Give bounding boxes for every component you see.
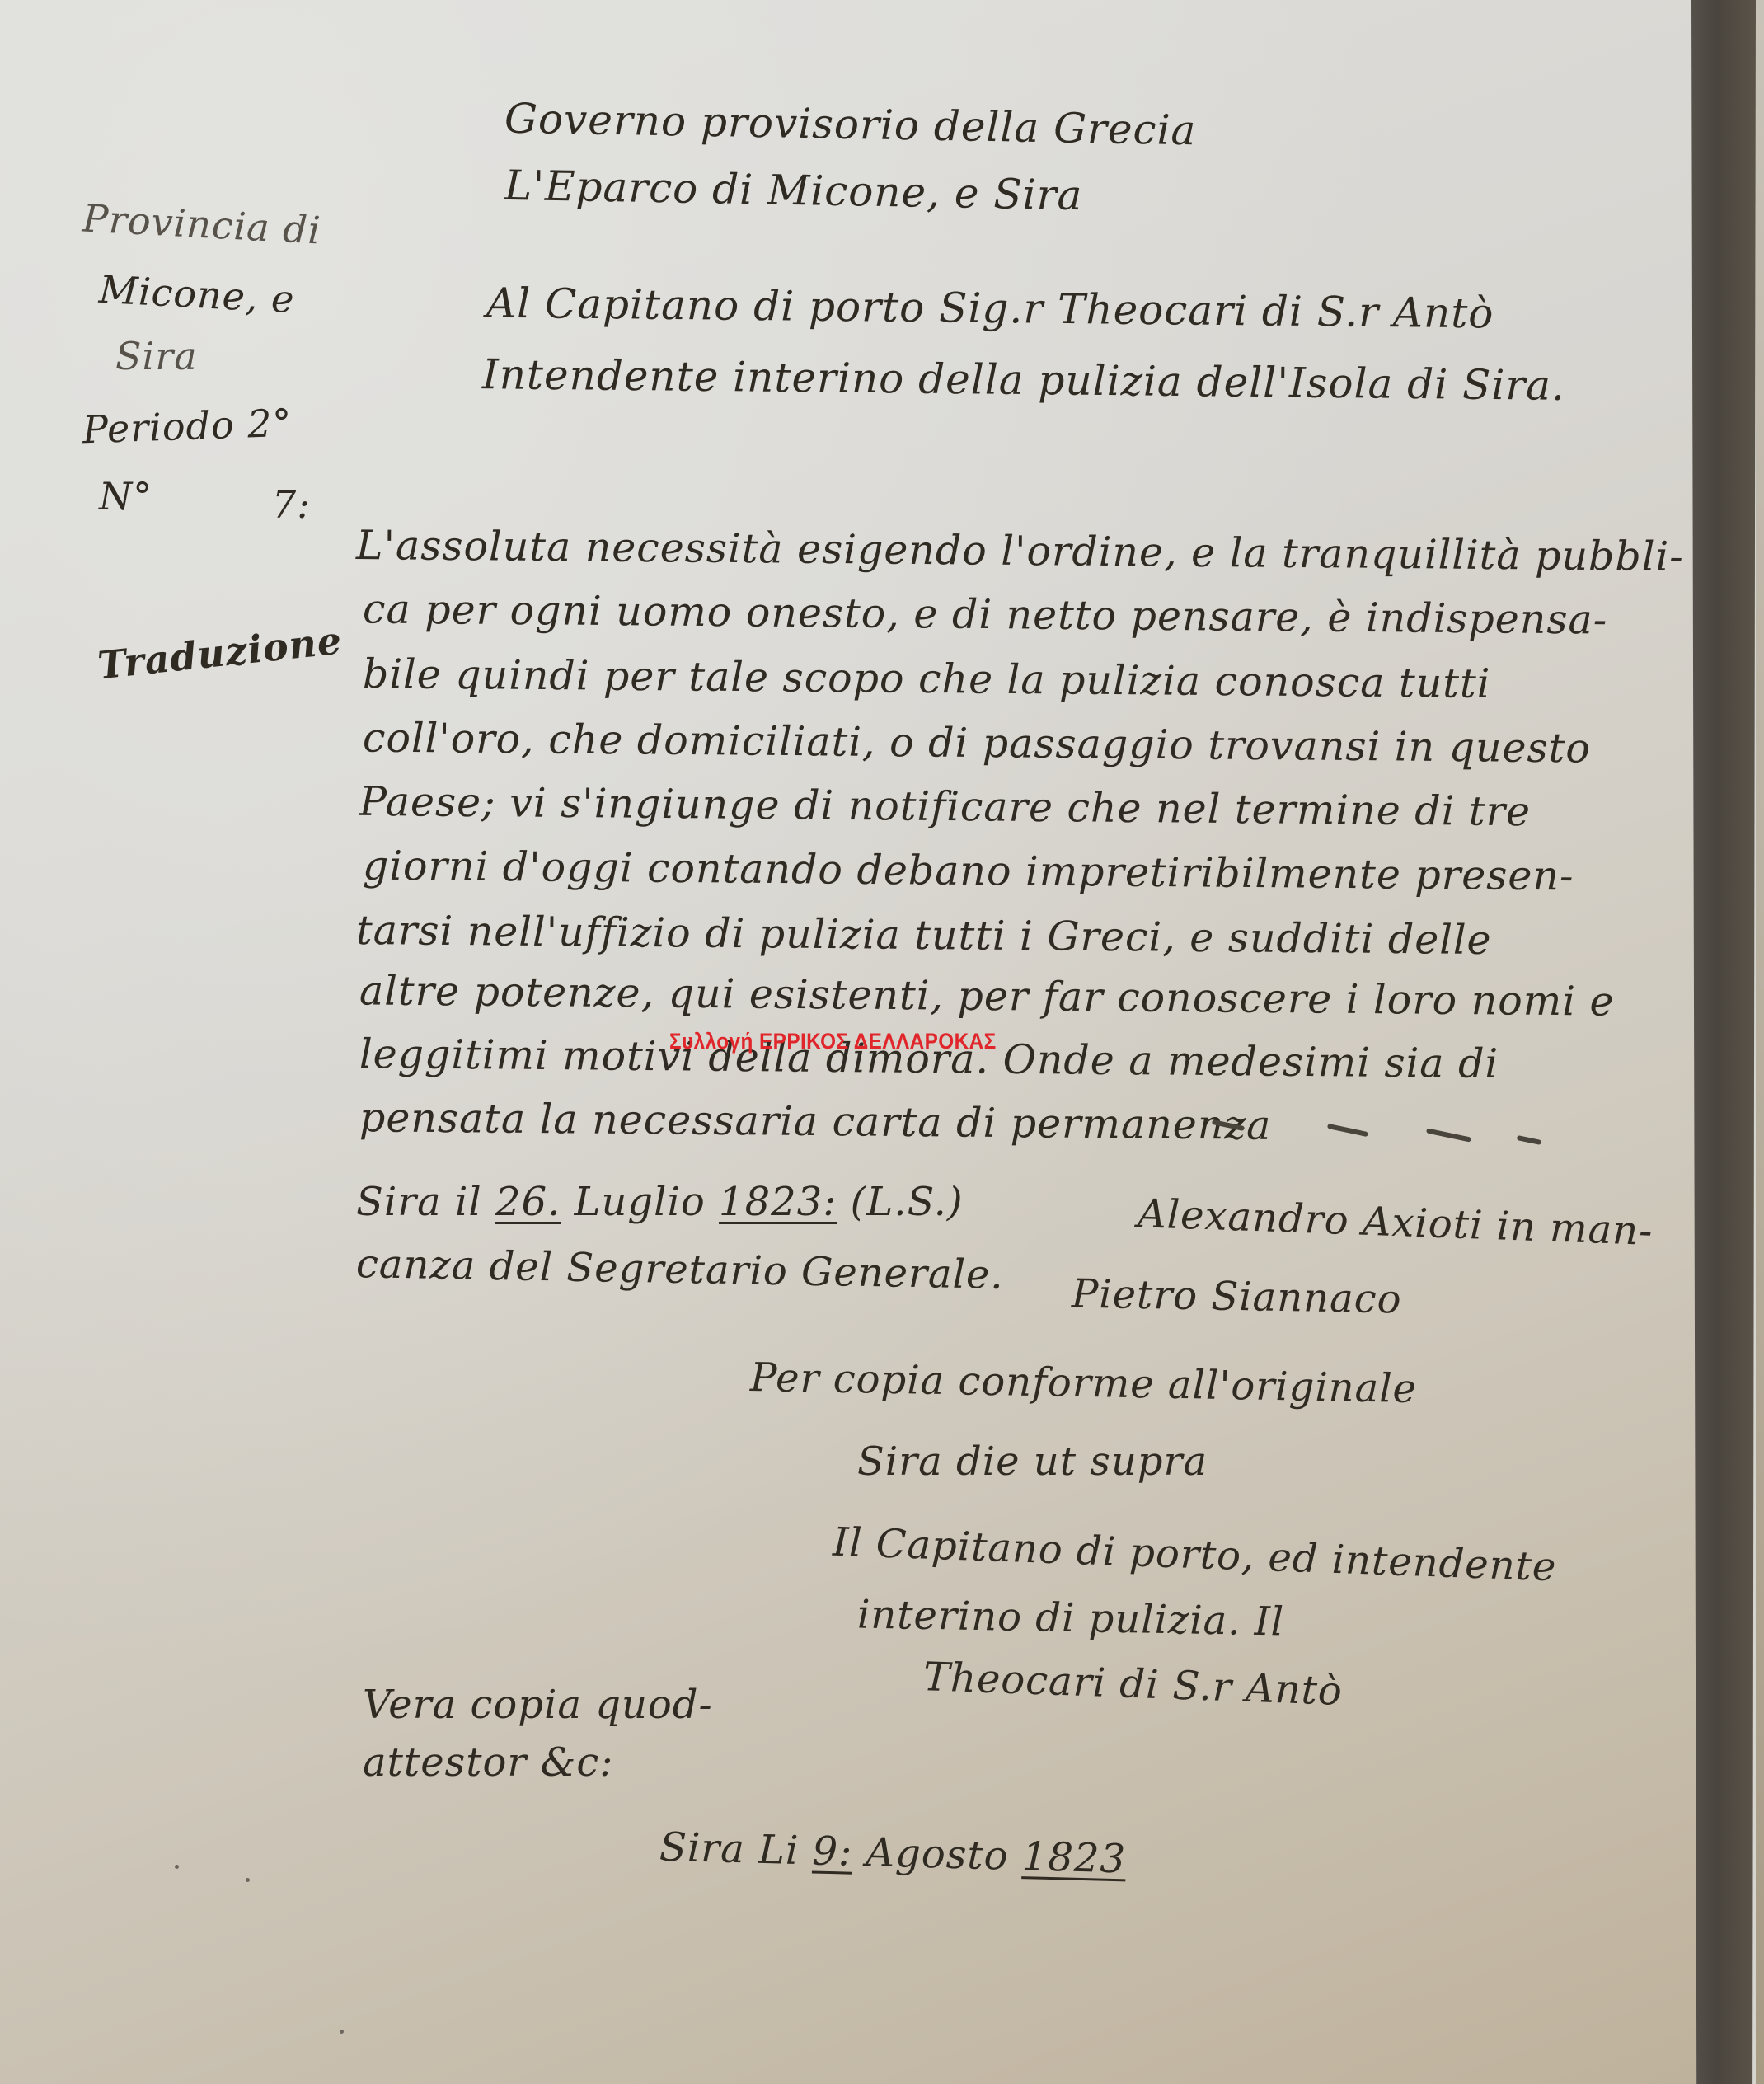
dateline-prefix: Sira il [356, 1179, 482, 1225]
addressee-line2: Intendente interino della pulizia dell'I… [482, 350, 1566, 410]
margin-traduzione: Traduzione [96, 618, 345, 688]
dateline-year: 1823: [719, 1179, 837, 1225]
addressee-line1: Al Capitano di porto Sig.r Theocari di S… [486, 279, 1494, 338]
attestation-line1: Vera copia quod- [363, 1682, 713, 1728]
certification-line4: interino di pulizia. Il [857, 1591, 1285, 1645]
seal-mark: (L.S.) [851, 1179, 964, 1225]
dateline-day: 26. [495, 1179, 561, 1225]
signer-siannaco: Pietro Siannaco [1072, 1271, 1402, 1323]
header-eparch: L'Eparco di Micone, e Sira [504, 162, 1083, 219]
certification-line3: Il Capitano di porto, ed intendente [832, 1519, 1557, 1591]
final-date-prefix: Sira Li [659, 1824, 800, 1874]
final-date-day: 9: [812, 1828, 853, 1875]
margin-province: Provincia di [82, 195, 322, 252]
body-line: coll'oro, che domiciliati, o di passaggi… [363, 715, 1591, 772]
body-line: Paese; vi s'ingiunge di notificare che n… [359, 778, 1532, 835]
margin-period: Periodo 2° [82, 401, 293, 453]
certification-signer: Theocari di S.r Antò [922, 1654, 1344, 1715]
certification-line1: Per copia conforme all'originale [750, 1354, 1418, 1412]
line-filler-dash [1426, 1128, 1471, 1142]
signer-axioti: Alexandro Axioti in man- [1137, 1190, 1654, 1255]
margin-number-label: N° [99, 474, 152, 519]
final-date: Sira Li 9: Agosto 1823 [659, 1824, 1126, 1883]
page-outer-edge [1756, 0, 1764, 2084]
paper-speck [246, 1878, 250, 1882]
paper-speck [340, 2030, 344, 2034]
body-line: giorni d'oggi contando debano impretirib… [363, 843, 1574, 900]
line-filler-dash [1517, 1135, 1542, 1145]
certification-line2: Sira die ut supra [857, 1439, 1208, 1485]
margin-sira: Sira [115, 334, 198, 378]
margin-number-value: 7: [272, 482, 311, 527]
final-date-year: 1823 [1021, 1833, 1127, 1882]
body-line: pensata la necessaria carta di permanenz… [359, 1094, 1272, 1149]
final-date-month: Agosto [866, 1829, 1010, 1880]
body-line: bile quindi per tale scopo che la pulizi… [363, 650, 1491, 707]
margin-micone: Micone, e [98, 267, 296, 322]
header-government: Governo provisorio della Grecia [504, 95, 1197, 155]
collection-watermark: Συλλογή ΕΡΡΙΚΟΣ ΔΕΛΛΑΡΟΚΑΣ [669, 1029, 997, 1054]
manuscript-page: Governo provisorio della Grecia L'Eparco… [0, 0, 1698, 2084]
body-line: tarsi nell'uffizio di pulizia tutti i Gr… [356, 907, 1492, 964]
dateline-month: Luglio [575, 1179, 706, 1225]
paper-speck [175, 1865, 179, 1869]
page-binding-edge [1691, 0, 1756, 2084]
dateline: Sira il 26. Luglio 1823: (L.S.) [356, 1179, 964, 1225]
line-filler-dash [1327, 1124, 1368, 1137]
signer-title: canza del Segretario Generale. [356, 1241, 1005, 1298]
body-line: altre potenze, qui esistenti, per far co… [359, 967, 1615, 1025]
body-line: ca per ogni uomo onesto, e di netto pens… [363, 585, 1608, 643]
body-line: L'assoluta necessità esigendo l'ordine, … [356, 522, 1684, 580]
attestation-line2: attestor &c: [363, 1739, 613, 1786]
